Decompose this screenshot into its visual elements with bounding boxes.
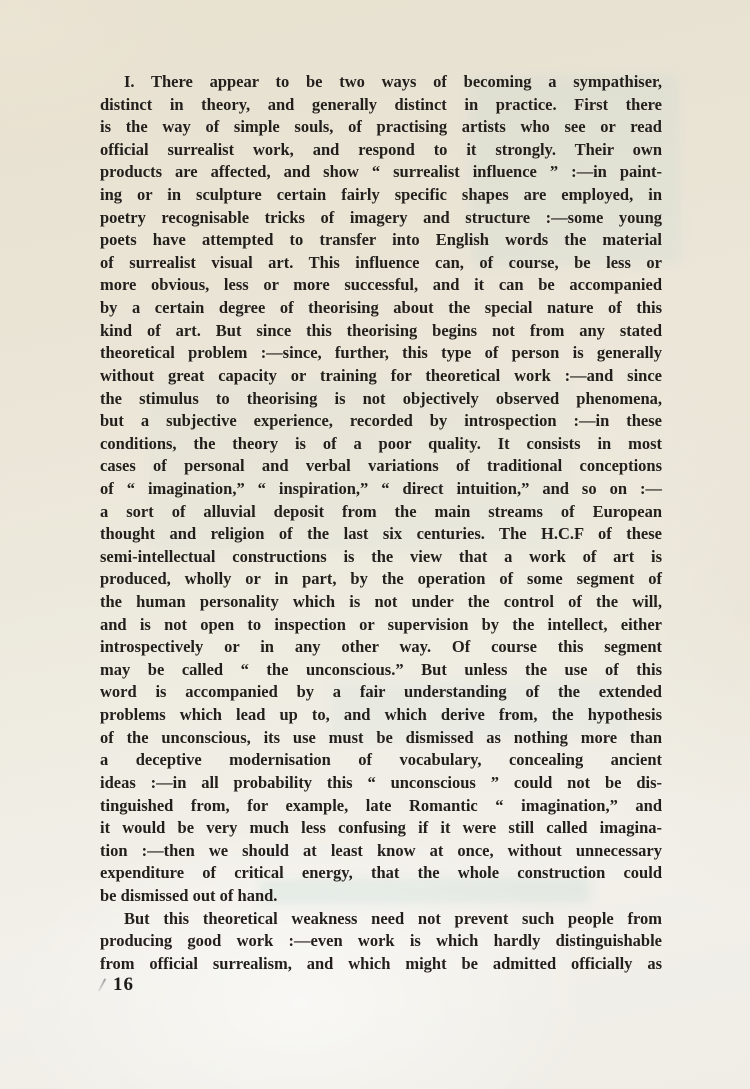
text-line: it would be very much less confusing if …: [100, 817, 662, 840]
text-line: tinguished from, for example, late Roman…: [100, 795, 662, 818]
text-line: theoretical problem :—since, further, th…: [100, 342, 662, 365]
text-line: but a subjective experience, recorded by…: [100, 410, 662, 433]
text-line: the stimulus to theorising is not object…: [100, 388, 662, 411]
crease-mark: [98, 978, 106, 991]
text-line: by a certain degree of theorising about …: [100, 297, 662, 320]
text-line: producing good work :—even work is which…: [100, 930, 662, 953]
text-line: ideas :—in all probability this “ uncons…: [100, 772, 662, 795]
text-line: of “ imagination,” “ inspiration,” “ dir…: [100, 478, 662, 501]
text-line: be dismissed out of hand.: [100, 885, 662, 908]
text-line: tion :—then we should at least know at o…: [100, 840, 662, 863]
paragraph: But this theoretical weakness need not p…: [100, 908, 662, 976]
page-text: I. There appear to be two ways of becomi…: [100, 71, 662, 975]
text-line: without great capacity or training for t…: [100, 365, 662, 388]
text-line: a deceptive modernisation of vocabulary,…: [100, 749, 662, 772]
text-line: is the way of simple souls, of practisin…: [100, 116, 662, 139]
text-line: introspectively or in any other way. Of …: [100, 636, 662, 659]
text-line: of surrealist visual art. This influence…: [100, 252, 662, 275]
text-line: of the unconscious, its use must be dism…: [100, 727, 662, 750]
text-line: and is not open to inspection or supervi…: [100, 614, 662, 637]
text-line: produced, wholly or in part, by the oper…: [100, 568, 662, 591]
text-line: word is accompanied by a fair understand…: [100, 681, 662, 704]
text-line: kind of art. But since this theorising b…: [100, 320, 662, 343]
text-line: a sort of alluvial deposit from the main…: [100, 501, 662, 524]
page-number: 16: [113, 974, 134, 996]
text-line: expenditure of critical energy, that the…: [100, 862, 662, 885]
text-line: from official surrealism, and which migh…: [100, 953, 662, 976]
text-line: thought and religion of the last six cen…: [100, 523, 662, 546]
paragraph: I. There appear to be two ways of becomi…: [100, 71, 662, 908]
book-page: I. There appear to be two ways of becomi…: [0, 0, 750, 1089]
text-line: semi-intellectual constructions is the v…: [100, 546, 662, 569]
text-line: more obvious, less or more successful, a…: [100, 274, 662, 297]
text-line: I. There appear to be two ways of becomi…: [100, 71, 662, 94]
text-line: poets have attempted to transfer into En…: [100, 229, 662, 252]
text-line: cases of personal and verbal variations …: [100, 455, 662, 478]
text-line: But this theoretical weakness need not p…: [100, 908, 662, 931]
text-line: the human personality which is not under…: [100, 591, 662, 614]
text-line: products are affected, and show “ surrea…: [100, 161, 662, 184]
text-line: may be called “ the unconscious.” But un…: [100, 659, 662, 682]
text-line: poetry recognisable tricks of imagery an…: [100, 207, 662, 230]
text-line: official surrealist work, and respond to…: [100, 139, 662, 162]
text-line: distinct in theory, and generally distin…: [100, 94, 662, 117]
text-line: problems which lead up to, and which der…: [100, 704, 662, 727]
text-line: ing or in sculpture certain fairly speci…: [100, 184, 662, 207]
text-line: conditions, the theory is of a poor qual…: [100, 433, 662, 456]
